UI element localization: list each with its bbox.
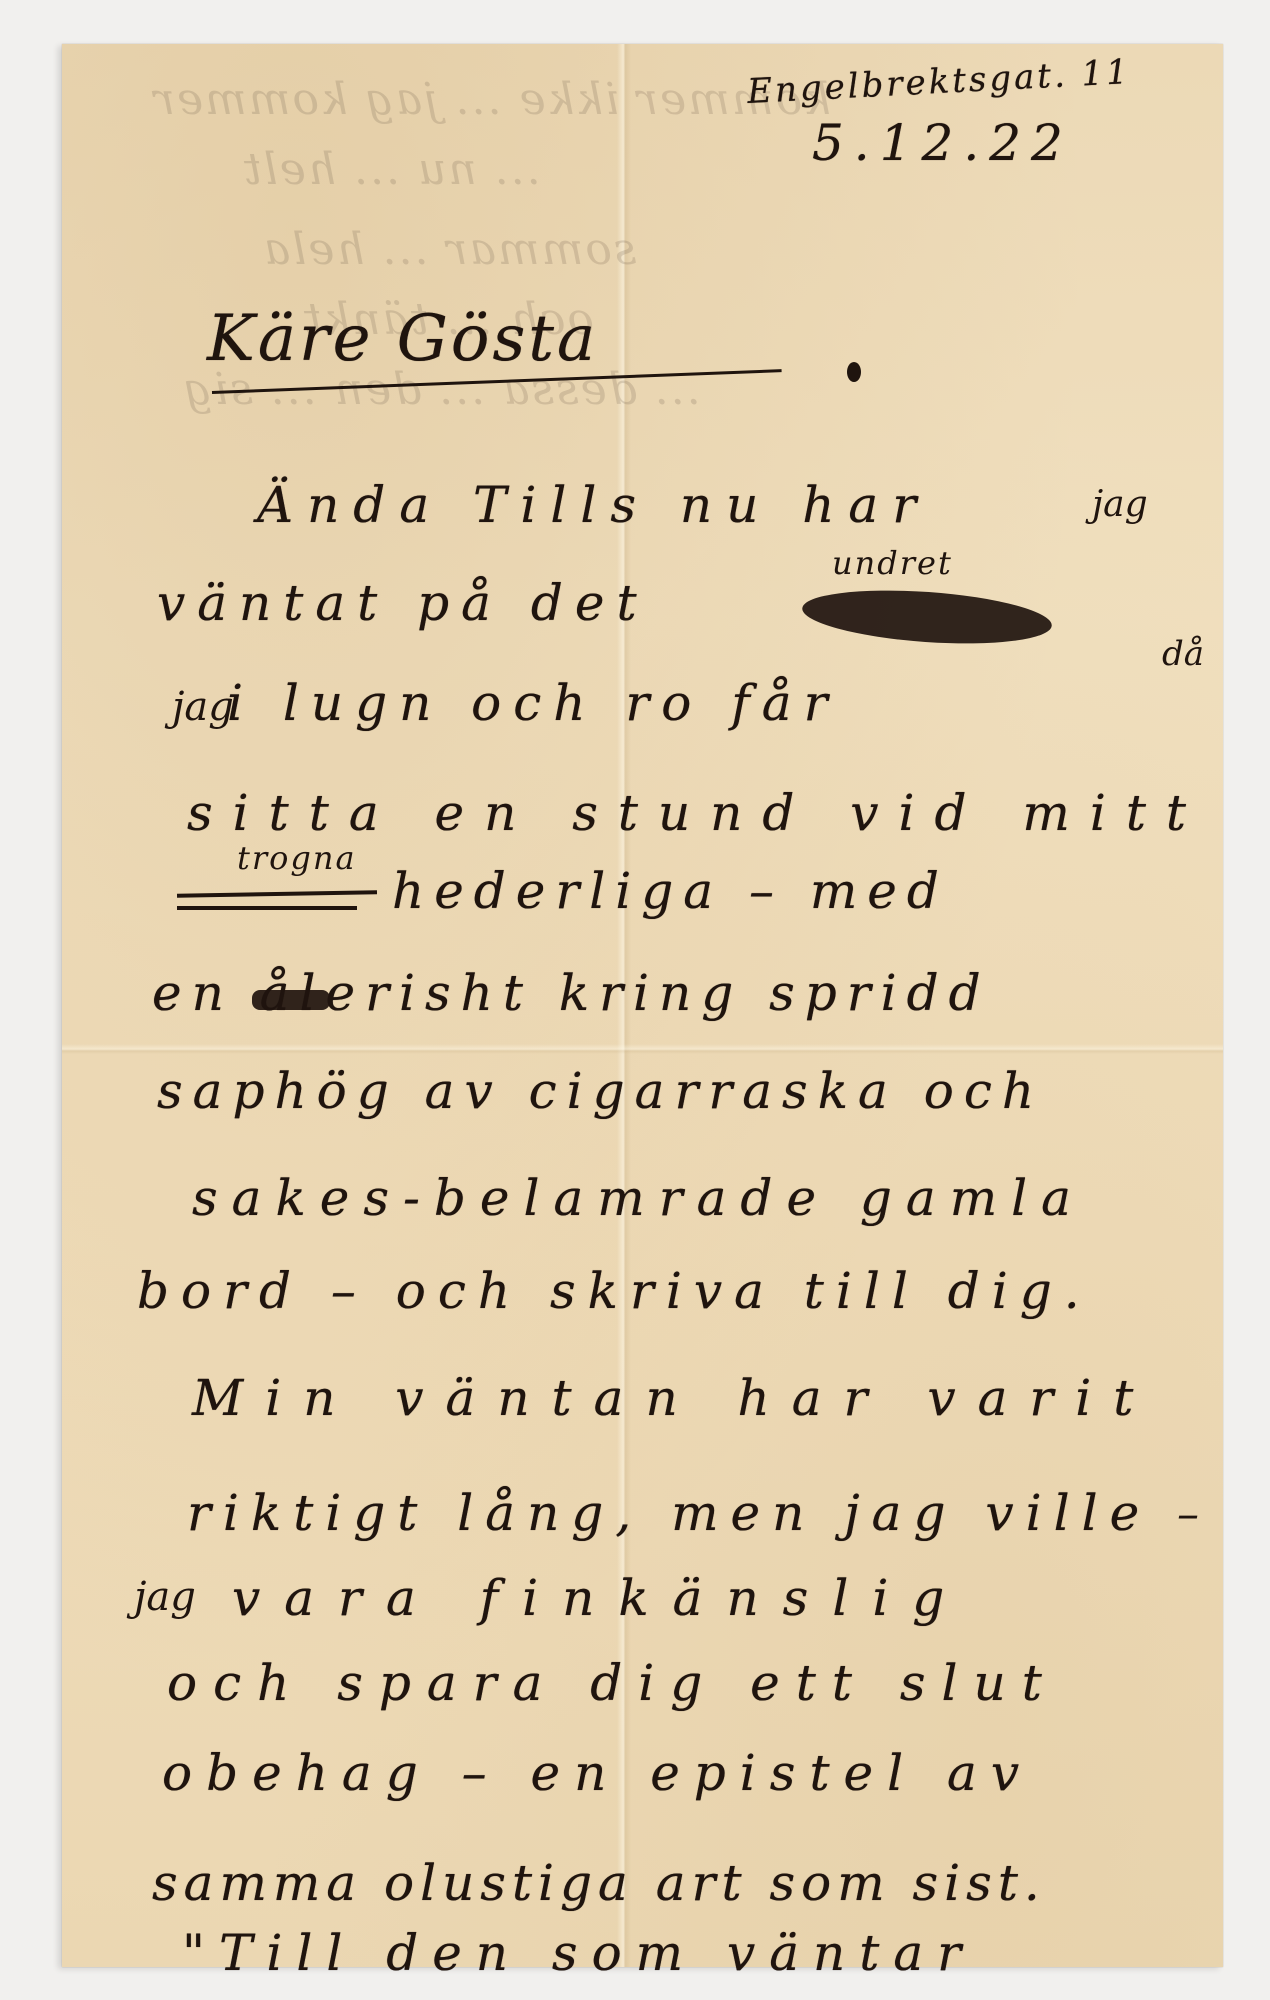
body-line-13: och spara dig ett slut bbox=[167, 1654, 1058, 1712]
body-line-15: samma olustiga art som sist. bbox=[152, 1854, 1046, 1912]
margin-mark: – bbox=[1177, 1489, 1199, 1540]
body-line-3: i lugn och ro får bbox=[227, 674, 840, 732]
margin-mark: jag bbox=[1092, 484, 1148, 525]
salutation: Käre Gösta bbox=[207, 302, 598, 376]
body-line-9: bord – och skriva till dig. bbox=[137, 1262, 1092, 1320]
bleed-through-text: kommer ikke ... jag kommer bbox=[152, 74, 831, 125]
bleed-through-text: ... nu ... helt bbox=[242, 144, 541, 195]
horizontal-fold-line bbox=[62, 1044, 1223, 1054]
body-line-4: sitta en stund vid mitt bbox=[187, 784, 1206, 842]
insertion-above: undret bbox=[832, 544, 953, 582]
letter-date: 5.12.22 bbox=[812, 114, 1073, 172]
margin-mark: då bbox=[1162, 634, 1204, 674]
body-line-14: obehag – en epistel av bbox=[162, 1744, 1033, 1802]
insertion-above: trogna bbox=[237, 839, 357, 877]
body-line-10: Min väntan har varit bbox=[192, 1369, 1155, 1427]
ink-blot bbox=[847, 362, 861, 382]
body-line-11: riktigt lång, men jag ville bbox=[187, 1484, 1151, 1542]
letter-paper: kommer ikke ... jag kommer ... nu ... he… bbox=[62, 44, 1223, 1967]
strikethrough-line bbox=[177, 906, 357, 910]
sender-address: Engelbrektsgat. 11 bbox=[746, 52, 1131, 112]
body-line-12: vara finkänslig bbox=[232, 1569, 968, 1627]
body-line-2: väntat på det bbox=[157, 574, 649, 632]
margin-mark: jag bbox=[172, 684, 234, 730]
body-line-1: Ända Tills nu har bbox=[257, 476, 930, 534]
body-line-8: sakes-belamrade gamla bbox=[192, 1169, 1085, 1227]
body-line-7: saphög av cigarraska och bbox=[157, 1062, 1044, 1120]
strikethrough-line bbox=[177, 890, 377, 897]
margin-mark: jag bbox=[134, 1574, 196, 1620]
bleed-through-text: sommar ... hela bbox=[262, 224, 636, 275]
struck-prefix bbox=[252, 990, 330, 1010]
body-line-5: hederliga – med bbox=[392, 862, 949, 920]
body-line-16: "Till den som väntar bbox=[182, 1924, 975, 1982]
struck-word bbox=[801, 583, 1054, 650]
